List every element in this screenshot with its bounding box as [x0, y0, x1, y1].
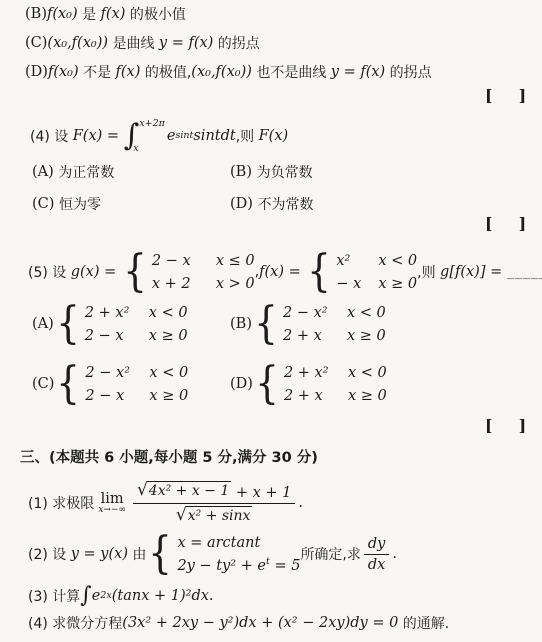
q4-option-b: (B) 为负常数 [230, 162, 313, 182]
case-expr: 2 + x² [85, 305, 141, 321]
q4-options-row-2: (C) 恒为零 (D) 不为常数 [32, 194, 314, 214]
sqrt: √4x² + x − 1 [137, 481, 231, 501]
brace-icon: { [149, 532, 173, 576]
answer-blank: _____ [507, 264, 542, 280]
case-expr: 2 + x [283, 328, 339, 344]
text-run: 不是 [79, 62, 116, 82]
math-run: = 5 [270, 558, 301, 574]
q4-option-a: (A) 为正常数 [32, 162, 230, 182]
text-run: 所确定,求 [300, 544, 360, 564]
case-expr: 2 − x² [283, 305, 339, 321]
case-cond: x > 0 [216, 276, 255, 292]
math-run: f(x) = [259, 264, 305, 280]
math-run: g[f(x)] = [440, 264, 507, 280]
bracket-open: [ [485, 86, 493, 105]
case-cond: x ≤ 0 [216, 253, 255, 269]
cases: {2 − x²x < 02 − xx ≥ 0 [54, 362, 188, 406]
case-cond: x ≥ 0 [149, 388, 188, 404]
cases: {2 + x²x < 02 − xx ≥ 0 [54, 302, 188, 346]
text-run: ,则 [417, 262, 440, 282]
text-run: 是曲线 [108, 33, 159, 53]
cases: {2 − x²x < 02 + xx ≥ 0 [252, 302, 386, 346]
q4-stem: (4) 设 F(x) = ∫x+2πxesintsintdt,则 F(x) [30, 116, 288, 156]
brace-icon: { [56, 302, 80, 346]
exam-page: (B)f(x₀) 是 f(x) 的极小值 (C)(x₀,f(x₀)) 是曲线 y… [0, 0, 542, 642]
case-expr: 2 − x [85, 388, 141, 404]
case-cond: x ≥ 0 [348, 388, 387, 404]
fraction: √4x² + x − 1 + x + 1√x² + sinx [133, 481, 295, 525]
brace-icon: { [123, 250, 147, 294]
option-text: 为负常数 [257, 162, 313, 182]
sqrt: √x² + sinx [176, 506, 253, 526]
brace-icon: { [307, 250, 331, 294]
case-cond: x < 0 [347, 305, 386, 321]
math-run: (3x² + 2xy − y²)dx + (x² − 2xy)dy = 0 [122, 615, 398, 631]
text-run: 的通解. [398, 613, 449, 633]
text-run: (4) 设 [30, 126, 73, 146]
case-cond: x < 0 [348, 365, 387, 381]
option-label: (C) [32, 376, 54, 392]
answer-bracket-1: [] [485, 86, 526, 105]
text-run: (5) 设 [28, 262, 71, 282]
case-expr: x = arctant [177, 535, 260, 551]
text-run: 的极值, [140, 62, 191, 82]
option-text: 恒为零 [59, 194, 101, 214]
answer-bracket-3: [] [485, 416, 526, 435]
integral-upper-limit: x+2π [139, 118, 165, 129]
text-run: 是 [78, 4, 101, 24]
math-run: + x + 1 [231, 485, 291, 501]
cases: {x = arctant2y − ty² + et = 5 [146, 532, 300, 576]
option-label: (D) [230, 196, 258, 212]
option-text: 为正常数 [58, 162, 114, 182]
case-expr: x² [336, 253, 370, 269]
q4-options-row-1: (A) 为正常数 (B) 为负常数 [32, 162, 313, 182]
sqrt-body: 4x² + x − 1 [147, 481, 231, 499]
q5-option-d: (D){2 + x²x < 02 + xx ≥ 0 [230, 362, 387, 406]
q3-option-d: (D)f(x₀) 不是 f(x) 的极值,(x₀,f(x₀)) 也不是曲线 y … [25, 62, 432, 82]
frac-num: dy [364, 536, 389, 555]
problem-4: (4) 求微分方程(3x² + 2xy − y²)dx + (x² − 2xy)… [28, 612, 449, 634]
case-expr: 2 − x [85, 328, 141, 344]
option-label: (A) [32, 164, 58, 180]
text-run: . [298, 495, 303, 511]
text-run: . [209, 588, 214, 604]
q5-options-row-1: (A){2 + x²x < 02 − xx ≥ 0 (B){2 − x²x < … [32, 298, 386, 350]
case-cond: x ≥ 0 [347, 328, 386, 344]
math-run: y = f(x) [331, 64, 385, 80]
problem-2: (2) 设 y = y(x) 由{x = arctant2y − ty² + e… [28, 528, 397, 580]
option-text: 不为常数 [258, 194, 314, 214]
q3-option-c: (C)(x₀,f(x₀)) 是曲线 y = f(x) 的拐点 [25, 33, 260, 53]
integral-lower-limit: x [133, 143, 159, 154]
fraction: dydx [364, 536, 389, 573]
brace-icon: { [255, 362, 279, 406]
text-run: 的拐点 [385, 62, 431, 82]
text-run: (1) 求极限 [28, 493, 94, 513]
limit: limx→−∞ [98, 491, 126, 515]
cases-g: {2 − xx ≤ 0x + 2x > 0 [121, 250, 255, 294]
text-run: (4) 求微分方程 [28, 613, 122, 633]
q3-option-b: (B)f(x₀) 是 f(x) 的极小值 [25, 4, 186, 24]
brace-icon: { [254, 302, 278, 346]
math-run: 2y − ty² + e [177, 558, 266, 574]
cases-f: {x²x < 0− xx ≥ 0 [305, 250, 417, 294]
option-label: (B) [230, 316, 252, 332]
option-label: (A) [32, 316, 54, 332]
option-label: (D) [230, 376, 253, 392]
bracket-close: ] [519, 86, 527, 105]
q5-options-row-2: (C){2 − x²x < 02 − xx ≥ 0 (D){2 + x²x < … [32, 358, 387, 410]
case-expr: 2 + x² [284, 365, 340, 381]
q4-option-d: (D) 不为常数 [230, 194, 314, 214]
math-run: F(x) = [73, 128, 124, 144]
problem-1: (1) 求极限limx→−∞√4x² + x − 1 + x + 1√x² + … [28, 476, 303, 530]
math-run: f(x₀) [48, 64, 79, 80]
q4-option-c: (C) 恒为零 [32, 194, 230, 214]
text-run: 的拐点 [213, 33, 259, 53]
integral-icon: ∫ [80, 584, 91, 608]
math-run: f(x₀) [47, 6, 78, 22]
bracket-open: [ [485, 416, 493, 435]
integral: ∫x+2πx [124, 118, 167, 154]
option-label: (C) [25, 35, 47, 51]
q5-option-b: (B){2 − x²x < 02 + xx ≥ 0 [230, 302, 386, 346]
text-run: 也不是曲线 [252, 62, 331, 82]
option-label: (C) [32, 196, 59, 212]
text-run: (2) 设 [28, 544, 71, 564]
case-expr: 2 − x² [85, 365, 141, 381]
section-title: 三、(本题共 6 小题,每小题 5 分,满分 30 分) [20, 446, 318, 467]
case-cond: x < 0 [149, 305, 188, 321]
case-expr: x + 2 [152, 276, 208, 292]
math-run: f(x) [116, 64, 141, 80]
q5-option-a: (A){2 + x²x < 02 − xx ≥ 0 [32, 302, 230, 346]
option-label: (B) [230, 164, 257, 180]
case-cond: x < 0 [378, 253, 417, 269]
bracket-close: ] [519, 416, 527, 435]
q5-stem: (5) 设 g(x) = {2 − xx ≤ 0x + 2x > 0,f(x) … [28, 246, 542, 298]
section3-heading: 三、(本题共 6 小题,每小题 5 分,满分 30 分) [20, 446, 318, 467]
case-cond: x ≥ 0 [149, 328, 188, 344]
cases: {2 + x²x < 02 + xx ≥ 0 [253, 362, 387, 406]
bracket-close: ] [519, 214, 527, 233]
math-run: sintdt [193, 128, 235, 144]
math-run: (tanx + 1)²dx [112, 588, 209, 604]
text-run: (3) 计算 [28, 586, 80, 606]
math-run: e [167, 128, 176, 144]
case-cond: x ≥ 0 [378, 276, 417, 292]
bracket-open: [ [485, 214, 493, 233]
math-run: y = y(x) [71, 546, 128, 562]
brace-icon: { [57, 362, 81, 406]
text-run: 由 [128, 544, 146, 564]
lim-subscript: x→−∞ [98, 505, 126, 515]
math-run: F(x) [259, 128, 289, 144]
text-run: . [392, 546, 397, 562]
case-expr: 2 − x [152, 253, 208, 269]
option-label: (B) [25, 6, 47, 22]
sqrt-body: x² + sinx [186, 506, 253, 524]
answer-bracket-2: [] [485, 214, 526, 233]
text-run: ,则 [236, 126, 259, 146]
case-expr: 2 + x [284, 388, 340, 404]
math-run: g(x) = [71, 264, 121, 280]
math-run: (x₀,f(x₀)) [191, 64, 252, 80]
option-label: (D) [25, 64, 48, 80]
text-run: 的极小值 [125, 4, 185, 24]
math-run: (x₀,f(x₀)) [47, 35, 108, 51]
case-cond: x < 0 [149, 365, 188, 381]
case-expr: − x [336, 276, 370, 292]
q5-option-c: (C){2 − x²x < 02 − xx ≥ 0 [32, 362, 230, 406]
math-run: y = f(x) [159, 35, 213, 51]
math-run: f(x) [101, 6, 126, 22]
problem-3: (3) 计算∫e2x(tanx + 1)²dx. [28, 583, 214, 609]
frac-den: dx [368, 555, 385, 573]
case-expr: 2y − ty² + et = 5 [177, 558, 300, 574]
